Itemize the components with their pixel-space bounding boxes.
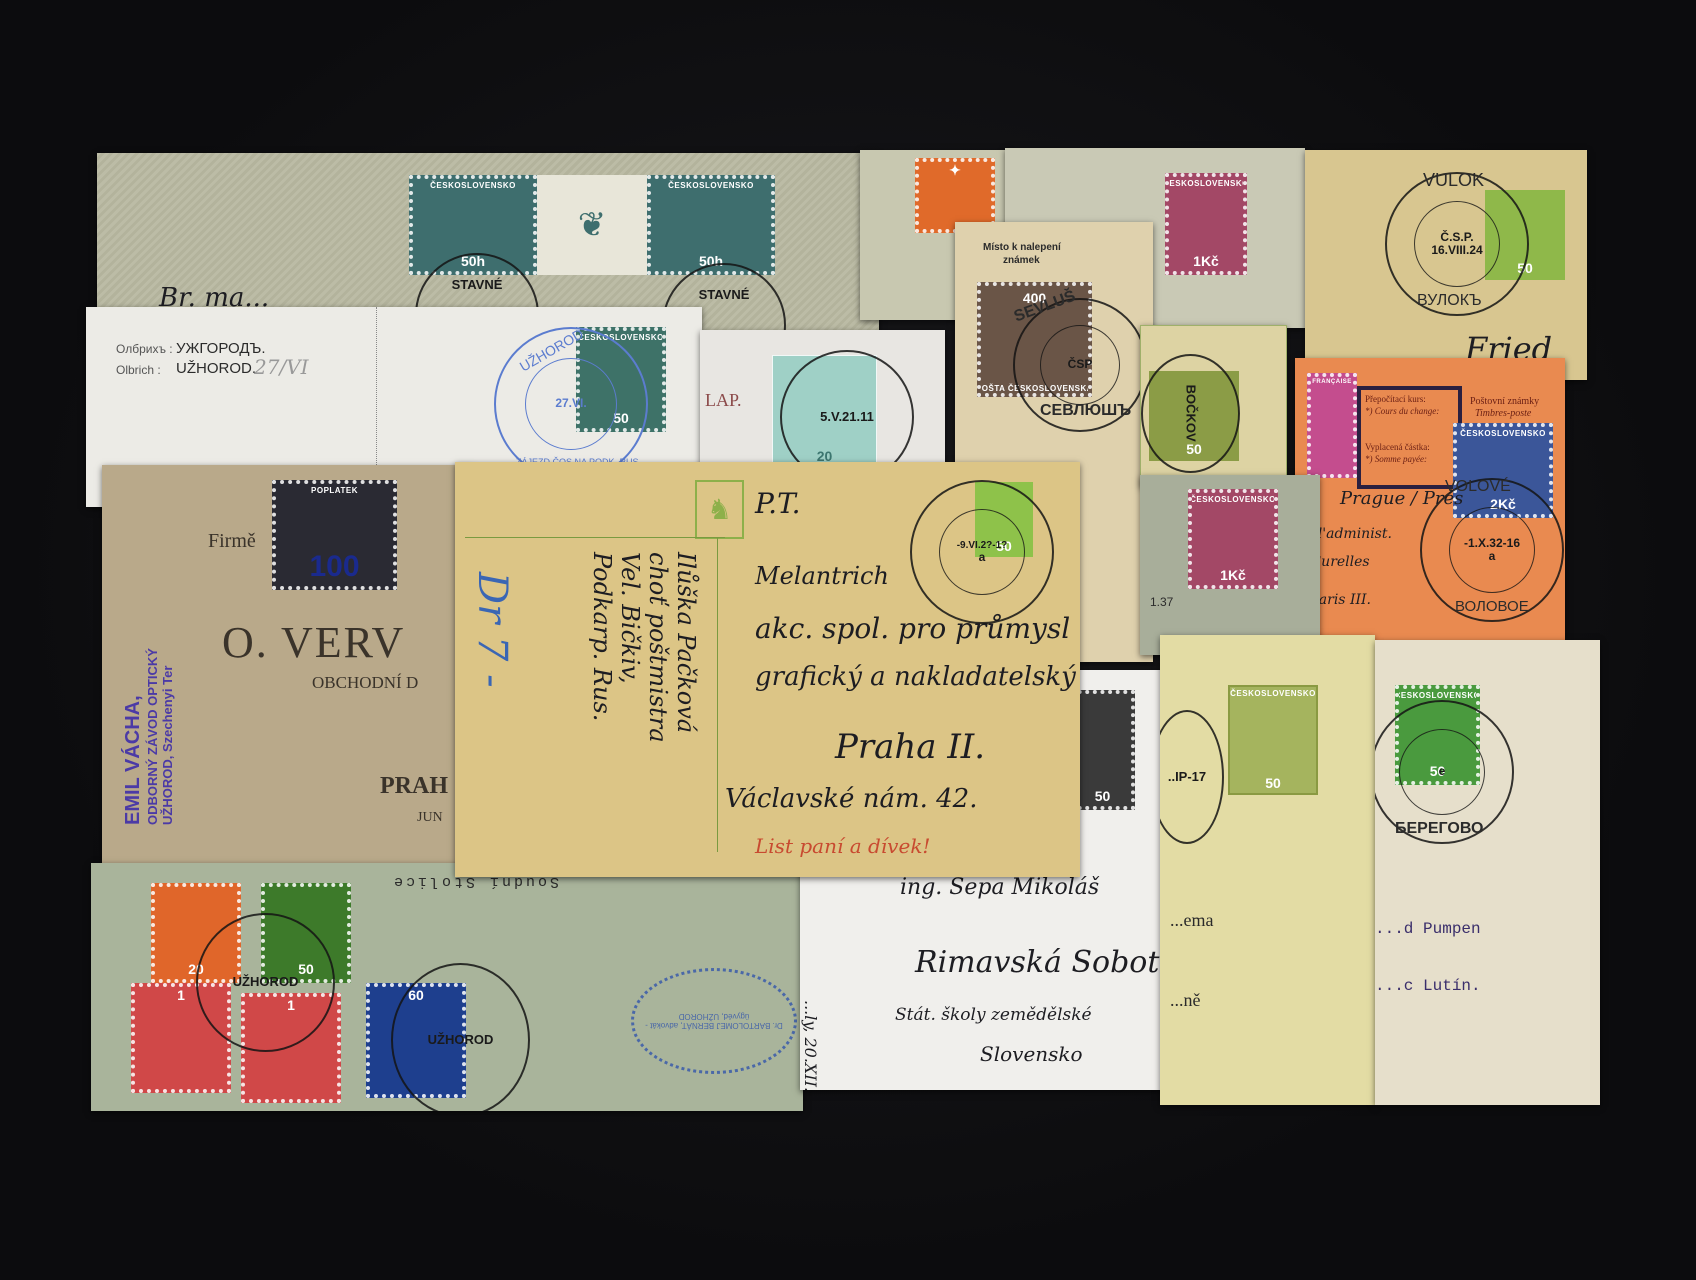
handwriting: Prague / Prés	[1340, 488, 1463, 509]
recipient-line: Praha II.	[835, 727, 985, 767]
sender-label-cyrillic: Олбрихъ :	[116, 342, 173, 356]
rincov-card: ČESKOSLOVENSKO 50 ..IP-17 ...ema ...ně	[1160, 635, 1375, 1105]
company-name: O. VERV	[222, 617, 405, 668]
sender-block: Ilůška Pačková choť poštmistra Vel. Bičk…	[588, 552, 700, 743]
volove-form: FRANÇAISE Přepočítací kurs: *) Cours du …	[1295, 358, 1565, 640]
recipient-line: ing. Šepa Mikoláš	[900, 875, 1099, 900]
castle-stamp: ČESKOSLOVENSKO 50h	[647, 175, 775, 275]
red-note: List paní a dívek!	[755, 834, 930, 858]
postmark-bottom-text: СЕВЛЮШЪ	[1040, 402, 1131, 420]
velikij-card: ♞ P.T. Melantrich akc. spol. pro průmysl…	[455, 462, 1080, 877]
postmark-bockov: BOČKOV	[1141, 354, 1240, 473]
sender-label: Olbrich :	[116, 363, 161, 377]
recipient-line: grafický a nakladatelský	[755, 662, 1076, 692]
vulok-card: 50 Č.S.P. 16.VIII.24 VULOK ВУЛОКЪ Fried	[1305, 150, 1587, 380]
typed-line: ...c Lutín.	[1375, 977, 1481, 995]
postmark-uzhorod: 5.V.21.11	[780, 350, 914, 470]
city: PRAH	[380, 773, 448, 800]
sender-city: UŽHOROD.	[176, 360, 256, 377]
typed-line: ...ně	[1170, 990, 1201, 1011]
postmark-uzhorod: UŽHOROD	[391, 963, 530, 1111]
postmark-bottom-text: БЕРЕГОВО	[1395, 820, 1483, 838]
postmark-bottom-text: ВОЛОВОЕ	[1455, 598, 1529, 615]
recipient-line: Slovensko	[980, 1042, 1083, 1066]
printed-label: Místo k nalepení	[983, 242, 1061, 253]
recipient-line: Stát. školy zemědělské	[895, 1005, 1092, 1025]
box-label: Vyplacená částka:	[1365, 442, 1430, 452]
sender-city-cyrillic: УЖГОРОДЪ.	[176, 340, 266, 357]
company-subtitle: OBCHODNÍ D	[312, 673, 418, 693]
lawyer-cachet: Dr. BARTOLOMEJ BERNÁT, advokát - ügyvéd,…	[631, 968, 797, 1074]
postmark-date: 1.37	[1150, 595, 1173, 609]
printed-label: známek	[1003, 255, 1040, 266]
masaryk-card: ČESKOSLOVENSKO 1Kč 1.37	[1140, 475, 1320, 655]
soudni-cover: Soudní Stolice 20 50 1 1 60 UŽHOROD UŽHO…	[91, 863, 803, 1111]
typed-line: ...d Pumpen	[1375, 920, 1481, 938]
box-label: Přepočítací kurs:	[1365, 394, 1426, 404]
masaryk-stamp: ČESKOSLOVENSKO 1Kč	[1165, 173, 1247, 275]
grapes-label: ❦	[537, 175, 647, 275]
hradcany-overprint-stamp: POPLATEK 100	[272, 480, 397, 590]
firm-label: Firmě	[208, 530, 256, 553]
recipient-line: Melantrich	[755, 562, 889, 590]
lion-stamp-imprint: ♞	[695, 480, 744, 539]
box-label: *) Cours du change:	[1365, 406, 1439, 416]
france-stamp: FRANÇAISE	[1307, 373, 1357, 478]
recipient-line: Václavské nám. 42.	[725, 784, 977, 814]
divider	[717, 537, 718, 852]
recipient-line: Rimavská Sobota	[915, 945, 1177, 980]
street-partial: JUN	[417, 810, 443, 826]
blue-mark: Dr 7 -	[469, 572, 515, 688]
postmark-top-text: VULOK	[1423, 170, 1484, 191]
postmark-velikij-bichkiv: -9.VI.2?-1? a	[910, 480, 1054, 624]
stavne-cover: ČESKOSLOVENSKO 50h ❦ ČESKOSLOVENSKO 50h …	[97, 153, 879, 333]
recipient-line: akc. spol. pro průmysl	[755, 612, 1070, 645]
berehovo-card: ČESKOSLOVENSKO 50 e БЕРЕГОВО ...d Pumpen…	[1375, 640, 1600, 1105]
typed-line: ...ema	[1170, 910, 1213, 931]
printed-text: LAP.	[705, 390, 742, 411]
arms-stamp: ČESKOSLOVENSKO 50	[1228, 685, 1318, 795]
date-handwritten: 27/VI	[254, 355, 309, 379]
salutation: P.T.	[755, 487, 801, 520]
masaryk-stamp: ČESKOSLOVENSKO 1Kč	[1188, 489, 1278, 589]
divider	[465, 537, 725, 538]
postmark-bottom-text: ВУЛОКЪ	[1417, 292, 1482, 310]
postmark-rincov: ..IP-17	[1160, 710, 1224, 844]
vervo-card: Firmě POPLATEK 100 O. VERV OBCHODNÍ D PR…	[102, 465, 474, 865]
postmark-uzhorod: UŽHOROD	[196, 913, 335, 1052]
header-fr: Timbres-poste	[1475, 408, 1531, 419]
bockov-card: 50 BOČKOV	[1140, 325, 1287, 487]
header-cz: Poštovní známky	[1470, 396, 1539, 407]
sender-cachet: EMIL VÁCHA, ODBORNÝ ZÁVOD OPTICKÝ UŽHORO…	[122, 648, 175, 825]
box-label: *) Somme payée:	[1365, 454, 1427, 464]
date-line: ...ly, 20.XII.1937.	[801, 1000, 820, 1090]
lap-card: LAP. 20 5.V.21.11	[700, 330, 945, 470]
